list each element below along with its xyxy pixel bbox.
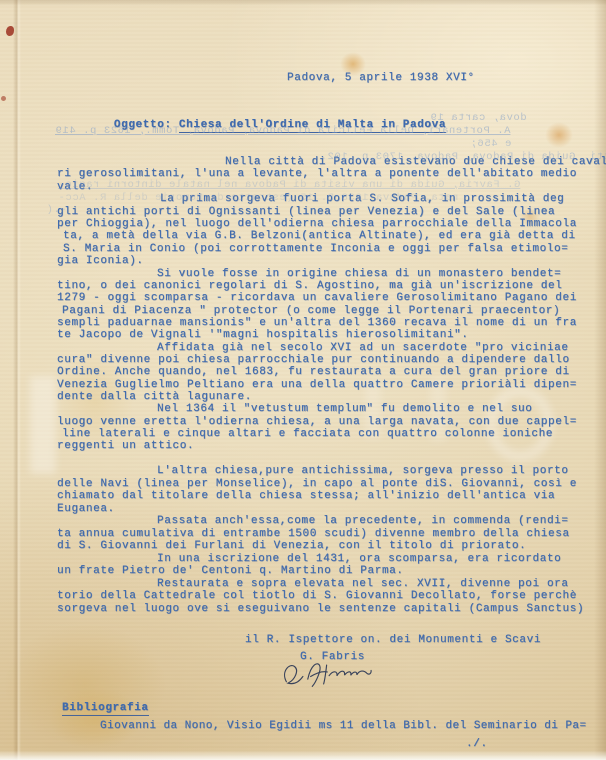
date-line: Padova, 5 aprile 1938 XVI°	[287, 72, 475, 84]
body-line: sempli paduarnae mansionis" e un'altra d…	[57, 317, 577, 329]
body-line: per Chioggia), nel luogo dell'odierna ch…	[57, 218, 577, 230]
bibliography-heading: Bibliografia	[62, 702, 149, 716]
body-line: ta annua cumulativa di entrambe 1500 scu…	[57, 528, 570, 540]
red-speck	[6, 26, 14, 36]
red-speck	[1, 96, 6, 101]
body-line: In una iscrizione del 1431, ora scompars…	[157, 553, 561, 565]
body-line: chiamato dal titolare della chiesa stess…	[57, 490, 555, 502]
scan-edge	[0, 750, 606, 760]
handwritten-signature	[270, 649, 373, 700]
body-line: Restaurata e sopra elevata nel sec. XVII…	[157, 578, 569, 590]
body-line: Venezia Guglielmo Peltiano era una della…	[57, 379, 577, 391]
paper-stain	[48, 688, 143, 750]
paper-stain	[545, 122, 573, 148]
bleedthrough-line: nata, Padova 1938 B. 15 (estratto da Mem…	[58, 192, 458, 204]
body-line: delle Navi (linea per Monselice), in cap…	[57, 478, 577, 490]
body-line: Nel 1364 il "vetustum templum" fu demoli…	[157, 403, 533, 415]
fold-crease	[13, 0, 21, 760]
body-line: Passata anch'essa,come la precedente, in…	[157, 515, 569, 527]
body-line: gia Iconia).	[57, 255, 144, 267]
body-line: Pagani di Piacenza " protector (o come l…	[62, 305, 560, 317]
paper-edge-shadow	[594, 0, 606, 760]
body-line: Affidata già nel secolo XVI ad un sacerd…	[157, 342, 569, 354]
body-line: cura" divenne poi chiesa parrocchiale pu…	[57, 354, 570, 366]
bleedthrough-line: e 456;	[470, 138, 511, 150]
body-line: gli antichi porti di Ognissanti (linea p…	[57, 206, 555, 218]
body-line: un frate Pietro de' Centoni q. Martino d…	[57, 565, 404, 577]
paper-edge-shadow	[0, 0, 606, 6]
body-line: reggenti un attico.	[57, 440, 194, 452]
signature-role: il R. Ispettore on. dei Monumenti e Scav…	[245, 634, 541, 646]
body-line: ta, a metà della via G.B. Belzoni(antica…	[63, 230, 576, 242]
body-line: luogo venne eretta l'odierna chiesa, a u…	[57, 416, 577, 428]
body-line: Ordine. Anche quando, nel 1683, fu resta…	[57, 366, 570, 378]
bleedthrough-line: A. Portenari, Della Felicità di Padova, …	[55, 125, 510, 137]
body-line: dente dalla città lagunare.	[57, 391, 252, 403]
bleedthrough-line: dova, carta 19	[430, 112, 527, 124]
body-line: te Jacopo de Vignali '"magni hospitalis …	[57, 329, 469, 341]
body-line: 1279 - oggi scomparsa - ricordava un cav…	[57, 292, 577, 304]
body-line: Euganea.	[57, 503, 115, 515]
bleedthrough-line: G. Rossetti, Guida di Padova, Padova, 17…	[320, 151, 606, 163]
body-line: line laterali e cinque altari e facciata…	[62, 428, 553, 440]
body-line: Si vuole fosse in origine chiesa di un m…	[157, 268, 561, 280]
body-line: sorgeva nel luogo ove si eseguivano le s…	[57, 603, 584, 615]
bleedthrough-line: -.(	[46, 204, 67, 216]
bleedthrough-line: G. Favria, Guida di una visita di Padova…	[58, 179, 520, 191]
body-line: torio della Cattedrale col tiotlo di S. …	[57, 590, 577, 602]
body-line: di S. Giovanni dei Furlani di Venezia, c…	[57, 540, 526, 552]
body-line: L'altra chiesa,pure antichissima, sorgev…	[157, 465, 569, 477]
continuation-mark: ./.	[466, 738, 488, 750]
body-line: tino, o dei canonici regolari di S. Agos…	[57, 280, 562, 292]
watermark-blob	[30, 376, 56, 474]
bibliography-entry: Giovanni da Nono, Visio Egidii ms 11 del…	[100, 720, 587, 732]
typewritten-letter-page: Padova, 5 aprile 1938 XVI° Oggetto: Chie…	[0, 0, 606, 760]
body-line: S. Maria in Conio (poi corrottamente Inc…	[63, 243, 568, 255]
